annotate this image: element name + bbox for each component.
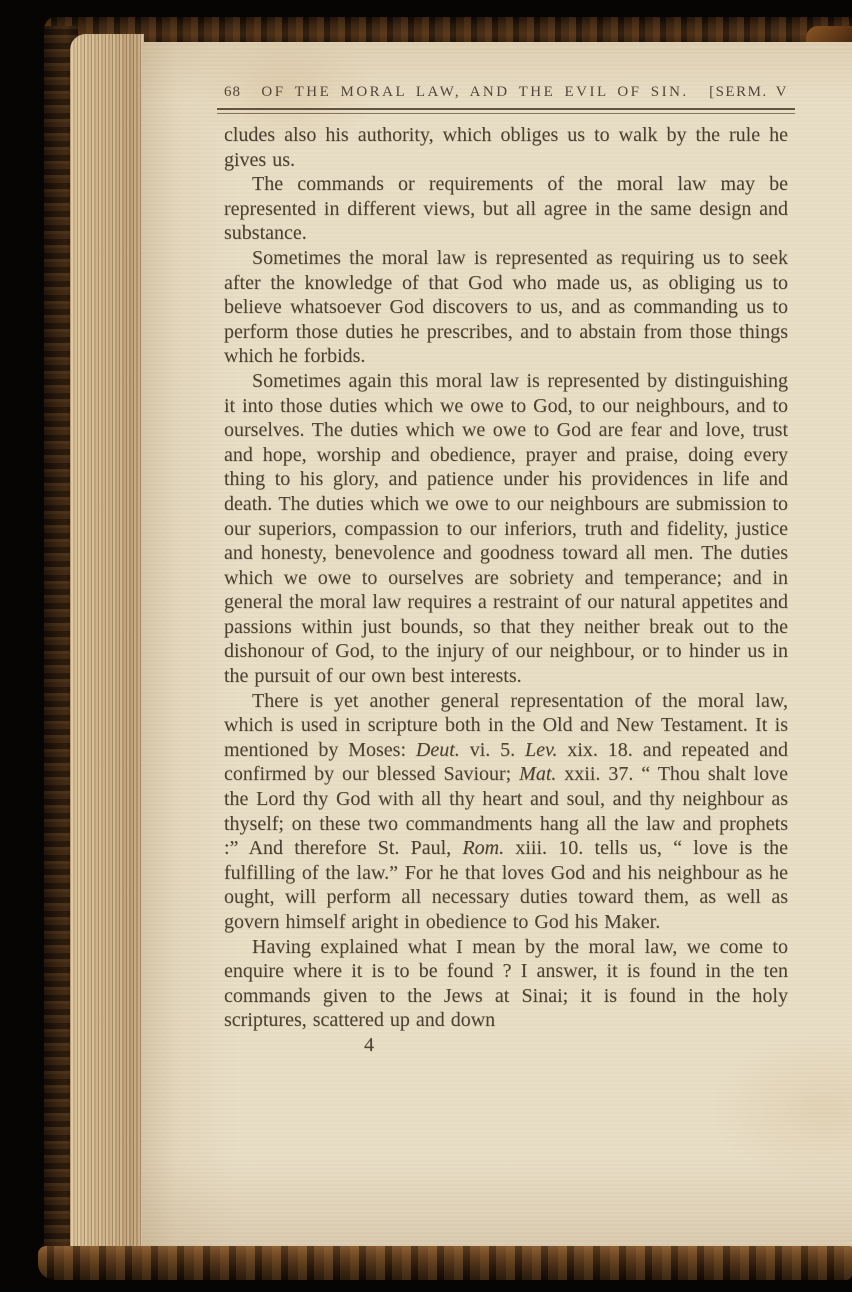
text-segment: Sometimes the moral law is represented a…	[224, 247, 788, 367]
body-text: cludes also his authority, which obliges…	[224, 123, 788, 1033]
book-fore-edge-pages	[70, 34, 144, 1256]
signature-mark: 4	[364, 1034, 788, 1057]
paragraph: Sometimes again this moral law is repres…	[224, 369, 788, 689]
paragraph: There is yet another general representat…	[224, 689, 788, 935]
book-bottom-edge	[38, 1246, 852, 1280]
paragraph: cludes also his authority, which obliges…	[224, 123, 788, 172]
page-header: 68 OF THE MORAL LAW, AND THE EVIL OF SIN…	[224, 84, 788, 101]
text-segment: Sometimes again this moral law is repres…	[224, 370, 788, 687]
text-segment: Having explained what I mean by the mora…	[224, 936, 788, 1032]
text-segment: The commands or requirements of the mora…	[224, 173, 788, 244]
running-title: OF THE MORAL LAW, AND THE EVIL OF SIN.	[241, 84, 709, 101]
paragraph: The commands or requirements of the mora…	[224, 172, 788, 246]
citation-italic: Mat.	[519, 763, 556, 785]
section-reference: [SERM. V	[709, 84, 788, 101]
paragraph: Having explained what I mean by the mora…	[224, 935, 788, 1033]
citation-italic: Lev.	[525, 739, 557, 761]
citation-italic: Rom.	[462, 837, 504, 859]
text-segment: cludes also his authority, which obliges…	[224, 124, 788, 171]
header-rule	[217, 108, 795, 114]
citation-italic: Deut.	[416, 739, 460, 761]
page-number: 68	[224, 84, 241, 101]
book-page: 68 OF THE MORAL LAW, AND THE EVIL OF SIN…	[142, 42, 852, 1254]
paragraph: Sometimes the moral law is represented a…	[224, 246, 788, 369]
photo-frame: 68 OF THE MORAL LAW, AND THE EVIL OF SIN…	[0, 0, 852, 1292]
text-segment: vi. 5.	[460, 739, 525, 761]
page-content: 68 OF THE MORAL LAW, AND THE EVIL OF SIN…	[224, 84, 788, 1057]
